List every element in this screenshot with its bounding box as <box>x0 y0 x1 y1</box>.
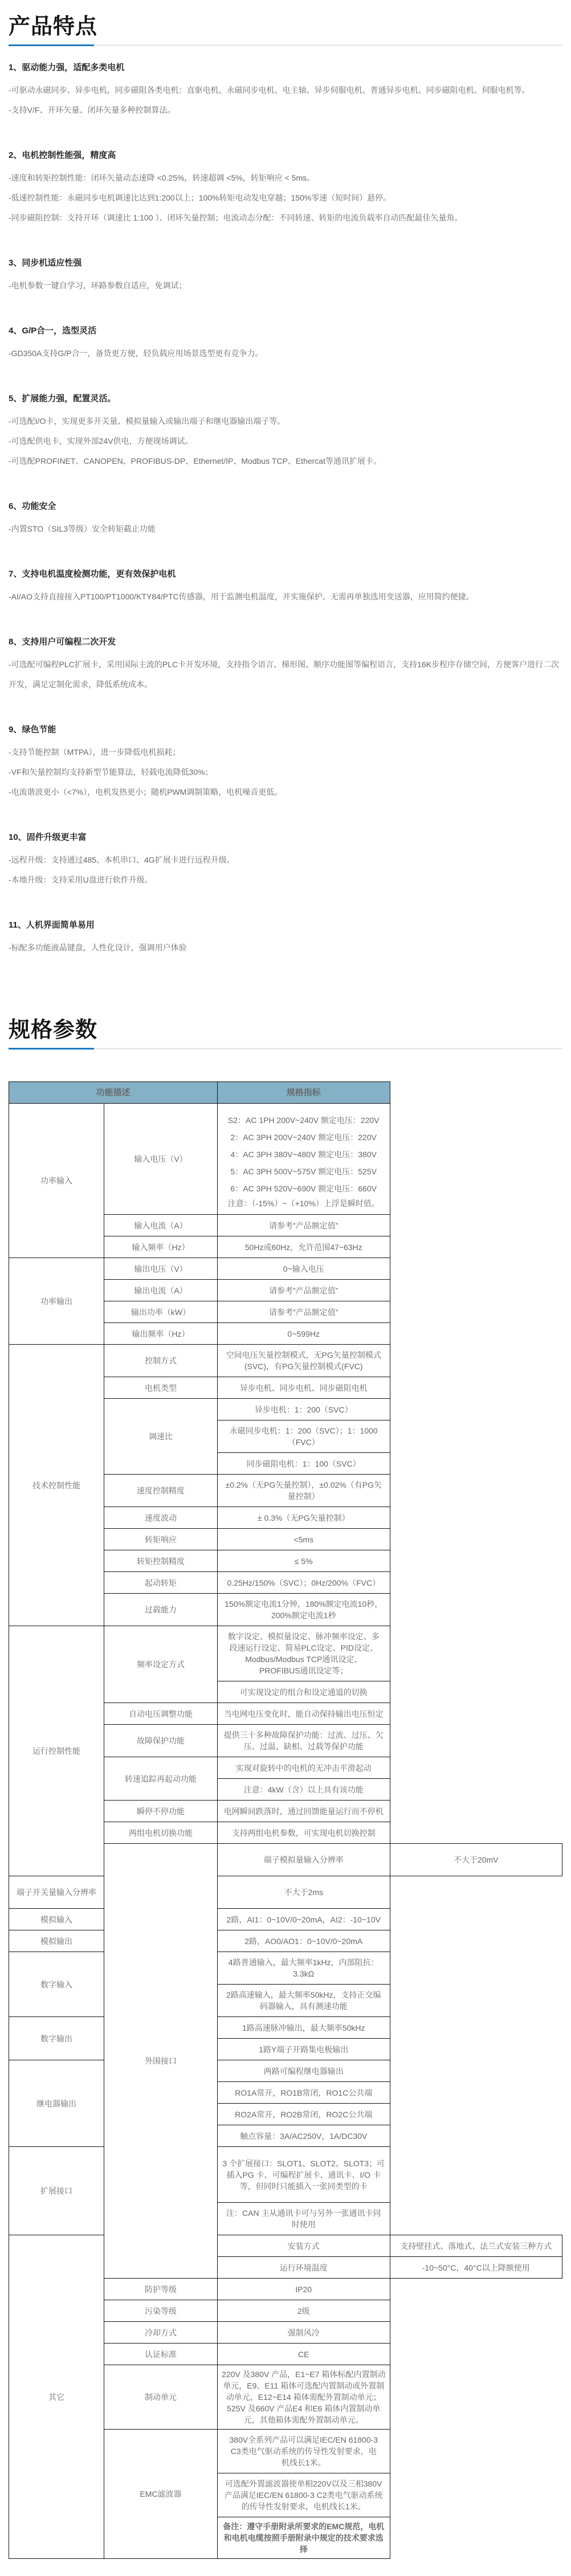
group-label: 外围接口 <box>104 1844 218 2279</box>
product-page: 产品特点 1、驱动能力强，适配多类电机 -可驱动永磁同步、异步电机，同步磁阻各类… <box>0 0 571 2576</box>
feature-item: 2、电机控制性能强，精度高 -速度和转矩控制性能：闭环矢量动态速降 <0.25%… <box>9 149 562 228</box>
row-value: CE <box>218 2344 390 2365</box>
feature-text: -电机参数一键自学习，环路参数自适应，免调试； <box>9 276 562 296</box>
row-value: RO1A常开，RO1B常闭，RO1C公共端 <box>218 2082 390 2104</box>
group-label: 功率输出 <box>9 1258 104 1345</box>
row-label: 污染等级 <box>104 2300 218 2322</box>
row-label: 数字输入 <box>9 1952 104 2017</box>
table-row: 模拟输出 2路，AO0/AO1：0~10V/0~20mA <box>9 1930 562 1952</box>
row-label: 过载能力 <box>104 1594 218 1626</box>
row-label: 防护等级 <box>104 2279 218 2300</box>
feature-heading: 3、同步机适应性强 <box>9 256 562 270</box>
row-value: 不大于2ms <box>218 1876 390 1909</box>
row-label: 故障保护功能 <box>104 1725 218 1757</box>
row-value: ±0.2%（无PG矢量控制），±0.02%（有PG矢量控制） <box>218 1475 390 1507</box>
row-value: 永磁同步电机：1：200（SVC）；1：1000（FVC） <box>218 1420 390 1453</box>
row-label: 频率设定方式 <box>104 1626 218 1703</box>
row-value: 支持两组电机参数，可实现电机切换控制 <box>218 1822 390 1844</box>
feature-text: -远程升级：支持通过485、本机串口、4G扩展卡进行远程升级。 <box>9 850 562 870</box>
feature-text: -同步磁阻控制：支持开环（调速比 1:100 ）、闭环矢量控制；电流动态分配：不… <box>9 208 562 228</box>
row-label: 转矩响应 <box>104 1529 218 1550</box>
feature-item: 11、人机界面简单易用 -标配多功能液晶键盘，人性化设计，强调用户体验 <box>9 918 562 958</box>
row-value: 2级 <box>218 2300 390 2322</box>
row-value: IP20 <box>218 2279 390 2300</box>
feature-text: -支持V/F、开环矢量、闭环矢量多种控制算法。 <box>9 100 562 120</box>
table-row: 继电器输出 两路可编程继电器输出 <box>9 2060 562 2082</box>
feature-text: -低速控制性能：永磁同步电机调速比达到1:200以上；100%转矩电动发电穿越；… <box>9 188 562 208</box>
row-label: 输入电流（A） <box>104 1215 218 1236</box>
table-row: 技术控制性能 控制方式 空间电压矢量控制模式，无PG矢量控制模式(SVC)，有P… <box>9 1345 562 1377</box>
row-value: ± 0.3%（无PG矢量控制） <box>218 1507 390 1529</box>
row-value: 两路可编程继电器输出 <box>218 2060 390 2082</box>
row-value: 可实现设定的组合和设定通道的切换 <box>218 1681 390 1703</box>
row-value: RO2A常开，RO2B常闭，RO2C公共端 <box>218 2104 390 2125</box>
feature-item: 1、驱动能力强，适配多类电机 -可驱动永磁同步、异步电机，同步磁阻各类电机：直驱… <box>9 61 562 120</box>
row-label: 输出电压（V） <box>104 1258 218 1280</box>
row-value: 触点容量：3A/AC250V，1A/DC30V <box>218 2125 390 2147</box>
row-value: 2路高速输入，最大频率50kHz，支持正交编码器输入，具有测速功能 <box>218 1985 390 2017</box>
features-title: 产品特点 <box>9 0 562 40</box>
feature-text: -可选配I/O卡，实现更多开关量、模拟量输入或输出端子和继电器输出端子等。 <box>9 411 562 431</box>
table-row: 模拟输入 2路，AI1：0~10V/0~20mA，AI2：-10~10V <box>9 1909 562 1930</box>
row-value: 0~输入电压 <box>218 1258 390 1280</box>
feature-item: 10、固件升级更丰富 -远程升级：支持通过485、本机串口、4G扩展卡进行远程升… <box>9 831 562 890</box>
row-label: 输出功率（kW） <box>104 1301 218 1323</box>
spec-section: 规格参数 功能描述 规格指标 功率输入 输入电压（V） S2：AC 1PH 20… <box>9 1003 562 2559</box>
table-row: 功率输出 输出电压（V） 0~输入电压 <box>9 1258 562 1280</box>
feature-text: -本地升级：支持采用U盘进行软件升级。 <box>9 870 562 890</box>
row-label: 模拟输出 <box>9 1930 104 1952</box>
row-value: 实现对旋转中的电机的无冲击平滑起动 <box>218 1757 390 1779</box>
row-label: EMC滤波器 <box>104 2430 218 2559</box>
row-label: 起动转矩 <box>104 1572 218 1594</box>
row-label: 自动电压调整功能 <box>104 1703 218 1725</box>
feature-text: -GD350A支持G/P合一，备货更方便，轻负载应用场景选型更有竞争力。 <box>9 344 562 364</box>
feature-heading: 6、功能安全 <box>9 500 562 513</box>
feature-heading: 11、人机界面简单易用 <box>9 918 562 932</box>
row-value: 强制风冷 <box>218 2322 390 2344</box>
feature-item: 4、G/P合一，选型灵活 -GD350A支持G/P合一，备货更方便，轻负载应用场… <box>9 324 562 364</box>
section-divider <box>9 1048 562 1050</box>
value-line: 2：AC 3PH 200V~240V 额定电压：220V <box>223 1129 384 1146</box>
row-value: 请参考”产品额定值” <box>218 1215 390 1236</box>
row-label: 模拟输入 <box>9 1909 104 1930</box>
group-label: 其它 <box>9 2235 104 2559</box>
feature-heading: 10、固件升级更丰富 <box>9 831 562 844</box>
column-header-function: 功能描述 <box>9 1082 218 1104</box>
row-value: 2路，AI1：0~10V/0~20mA，AI2：-10~10V <box>218 1909 390 1930</box>
value-line: 5：AC 3PH 500V~575V 额定电压：525V <box>223 1163 384 1180</box>
row-value: 数字设定、模拟量设定、脉冲频率设定、多段速运行设定、简易PLC设定、PID设定、… <box>218 1626 390 1681</box>
feature-item: 8、支持用户可编程二次开发 -可选配可编程PLC扩展卡，采用国际主流的PLC卡开… <box>9 635 562 695</box>
value-line: 6：AC 3PH 520V~690V 额定电压：660V <box>223 1180 384 1197</box>
feature-heading: 4、G/P合一，选型灵活 <box>9 324 562 338</box>
row-label: 两组电机切换功能 <box>104 1822 218 1844</box>
row-value: 请参考”产品额定值” <box>218 1280 390 1301</box>
row-value: 1路高速脉冲输出，最大频率50kHz <box>218 2017 390 2039</box>
feature-heading: 2、电机控制性能强，精度高 <box>9 149 562 162</box>
section-divider <box>9 44 562 46</box>
feature-heading: 9、绿色节能 <box>9 723 562 737</box>
feature-text: -可选配PROFINET、CANOPEN、PROFIBUS-DP、Etherne… <box>9 451 562 471</box>
row-value: 0~599Hz <box>218 1323 390 1345</box>
feature-text: -可驱动永磁同步、异步电机，同步磁阻各类电机：直驱电机、永磁同步电机、电主轴、异… <box>9 80 562 100</box>
row-value: 3 个扩展接口：SLOT1、SLOT2、SLOT3；可插入PG 卡、可编程扩展卡… <box>218 2147 390 2203</box>
feature-heading: 5、扩展能力强，配置灵活。 <box>9 392 562 406</box>
value-line: 4：AC 3PH 380V~480V 额定电压：380V <box>223 1146 384 1163</box>
table-row: 运行控制性能 频率设定方式 数字设定、模拟量设定、脉冲频率设定、多段速运行设定、… <box>9 1626 562 1681</box>
table-row: 功率输入 输入电压（V） S2：AC 1PH 200V~240V 额定电压：22… <box>9 1104 562 1215</box>
row-label: 调速比 <box>104 1399 218 1475</box>
row-value: 当电网电压变化时，能自动保持输出电压恒定 <box>218 1703 390 1725</box>
row-label: 输入电压（V） <box>104 1104 218 1215</box>
row-label: 安装方式 <box>218 2235 390 2257</box>
feature-heading: 8、支持用户可编程二次开发 <box>9 635 562 649</box>
feature-text: -支持节能控制（MTPA），进一步降低电机损耗； <box>9 742 562 762</box>
feature-item: 3、同步机适应性强 -电机参数一键自学习，环路参数自适应，免调试； <box>9 256 562 296</box>
feature-text: -可选配供电卡，实现外部24V供电，方便现场调试。 <box>9 431 562 451</box>
row-value: 异步电机、同步电机、同步磁阻电机 <box>218 1377 390 1399</box>
feature-text: -可选配可编程PLC扩展卡，采用国际主流的PLC卡开发环境，支持指令语言、梯形图… <box>9 655 562 695</box>
row-label: 转矩控制精度 <box>104 1550 218 1572</box>
feature-item: 6、功能安全 -内置STO（SIL3等级）安全转矩截止功能 <box>9 500 562 539</box>
row-label: 转速追踪再起动功能 <box>104 1757 218 1801</box>
row-label: 制动单元 <box>104 2365 218 2430</box>
column-header-spec: 规格指标 <box>218 1082 390 1104</box>
row-label: 控制方式 <box>104 1345 218 1377</box>
group-label: 功率输入 <box>9 1104 104 1258</box>
feature-item: 7、支持电机温度检测功能，更有效保护电机 -AI/AO支持直接接入PT100/P… <box>9 568 562 607</box>
feature-text: -速度和转矩控制性能：闭环矢量动态速降 <0.25%，转速超调 <5%，转矩响应… <box>9 168 562 188</box>
table-row: 端子开关量输入分辨率 不大于2ms <box>9 1876 562 1909</box>
table-header-row: 功能描述 规格指标 <box>9 1082 562 1104</box>
table-row: 扩展接口 3 个扩展接口：SLOT1、SLOT2、SLOT3；可插入PG 卡、可… <box>9 2147 562 2203</box>
spec-title: 规格参数 <box>9 1003 562 1043</box>
row-value: 1路Y端子开路集电极输出 <box>218 2039 390 2060</box>
section-divider-accent <box>9 1048 94 1050</box>
table-row: 数字输出 1路高速脉冲输出，最大频率50kHz <box>9 2017 562 2039</box>
row-label: 输出频率（Hz） <box>104 1323 218 1345</box>
feature-heading: 7、支持电机温度检测功能，更有效保护电机 <box>9 568 562 581</box>
feature-text: -内置STO（SIL3等级）安全转矩截止功能 <box>9 519 562 539</box>
feature-heading: 1、驱动能力强，适配多类电机 <box>9 61 562 75</box>
row-label: 瞬停不停功能 <box>104 1801 218 1822</box>
row-value: 不大于20mV <box>390 1844 562 1876</box>
row-label: 速度波动 <box>104 1507 218 1529</box>
feature-text: -标配多功能液晶键盘，人性化设计，强调用户体验 <box>9 938 562 958</box>
row-label: 端子开关量输入分辨率 <box>9 1876 104 1909</box>
row-value: 空间电压矢量控制模式，无PG矢量控制模式(SVC)，有PG矢量控制模式(FVC) <box>218 1345 390 1377</box>
row-value: <5ms <box>218 1529 390 1550</box>
feature-text: -AI/AO支持直接接入PT100/PT1000/KTY84/PTC传感器，用于… <box>9 587 562 607</box>
value-note: 注意：（-15%）~（+10%）上浮是瞬时值。 <box>223 1197 384 1210</box>
table-row: 数字输入 4路普通输入，最大频率1kHz，内部阻抗：3.3kΩ <box>9 1952 562 1985</box>
feature-list: 1、驱动能力强，适配多类电机 -可驱动永磁同步、异步电机，同步磁阻各类电机：直驱… <box>9 46 562 958</box>
row-value: 同步磁阻电机：1：100（SVC） <box>218 1453 390 1475</box>
row-value: 注意：4kW（含）以上具有该功能 <box>218 1779 390 1801</box>
group-label: 技术控制性能 <box>9 1345 104 1626</box>
row-label: 数字输出 <box>9 2017 104 2060</box>
emc-note: 备注：遵守手册附录所要求的EMC规范，电机和电机电缆按照手册附录中规定的技术要求… <box>218 2517 390 2559</box>
row-value: -10~50°C，40°C以上降额使用 <box>390 2257 562 2279</box>
row-value: 50Hz或60Hz，允许范围47~63Hz <box>218 1236 390 1258</box>
row-value: 220V 及380V 产品，E1~E7 箱体标配内置制动单元，E9、E11 箱体… <box>218 2365 390 2430</box>
row-label: 输入频率（Hz） <box>104 1236 218 1258</box>
feature-text: -电流谐波更小（<7%），电机发热更小；随机PWM调制策略，电机噪音更低。 <box>9 782 562 802</box>
row-value: ≤ 5% <box>218 1550 390 1572</box>
row-label: 电机类型 <box>104 1377 218 1399</box>
row-value: S2：AC 1PH 200V~240V 额定电压：220V 2：AC 3PH 2… <box>218 1104 390 1215</box>
row-label: 输出电流（A） <box>104 1280 218 1301</box>
row-value: 异步电机：1：200（SVC） <box>218 1399 390 1420</box>
feature-item: 9、绿色节能 -支持节能控制（MTPA），进一步降低电机损耗； -VF和矢量控制… <box>9 723 562 802</box>
section-divider-accent <box>9 44 94 46</box>
row-value: 电网瞬间跌落时，通过回馈能量运行而不停机 <box>218 1801 390 1822</box>
row-value: 0.25Hz/150%（SVC）；0Hz/200%（FVC） <box>218 1572 390 1594</box>
row-value: 支持壁挂式、落地式、法兰式安装三种方式 <box>390 2235 562 2257</box>
row-label: 继电器输出 <box>9 2060 104 2147</box>
row-label: 速度控制精度 <box>104 1475 218 1507</box>
value-line: S2：AC 1PH 200V~240V 额定电压：220V <box>223 1112 384 1129</box>
group-label: 运行控制性能 <box>9 1626 104 1876</box>
table-row: 其它 安装方式 支持壁挂式、落地式、法兰式安装三种方式 <box>9 2235 562 2257</box>
row-label: 扩展接口 <box>9 2147 104 2235</box>
row-value: 注：CAN 主从通讯卡可与另外一张通讯卡同时使用 <box>218 2203 390 2235</box>
row-value: 4路普通输入，最大频率1kHz，内部阻抗：3.3kΩ <box>218 1952 390 1985</box>
row-label: 端子模拟量输入分辨率 <box>218 1844 390 1876</box>
row-value: 2路，AO0/AO1：0~10V/0~20mA <box>218 1930 390 1952</box>
features-section: 产品特点 1、驱动能力强，适配多类电机 -可驱动永磁同步、异步电机，同步磁阻各类… <box>9 0 562 958</box>
row-value: 150%额定电流1分钟，180%额定电流10秒，200%额定电流1秒 <box>218 1594 390 1626</box>
row-value: 380V全系列产品可以满足IEC/EN 61800-3 C3类电气驱动系统的传导… <box>218 2430 390 2473</box>
row-label: 冷却方式 <box>104 2322 218 2344</box>
row-value: 提供三十多种故障保护功能：过流、过压、欠压、过温、缺相、过载等保护功能 <box>218 1725 390 1757</box>
row-value: 可选配外置滤波器使单相220V以及三相380V产品满足IEC/EN 61800-… <box>218 2473 390 2517</box>
row-label: 认证标准 <box>104 2344 218 2365</box>
feature-text: -VF和矢量控制均支持新型节能算法，轻载电流降低30%； <box>9 762 562 782</box>
row-value: 请参考”产品额定值” <box>218 1301 390 1323</box>
row-label: 运行环境温度 <box>218 2257 390 2279</box>
spec-table: 功能描述 规格指标 功率输入 输入电压（V） S2：AC 1PH 200V~24… <box>9 1081 562 2559</box>
feature-item: 5、扩展能力强，配置灵活。 -可选配I/O卡，实现更多开关量、模拟量输入或输出端… <box>9 392 562 471</box>
